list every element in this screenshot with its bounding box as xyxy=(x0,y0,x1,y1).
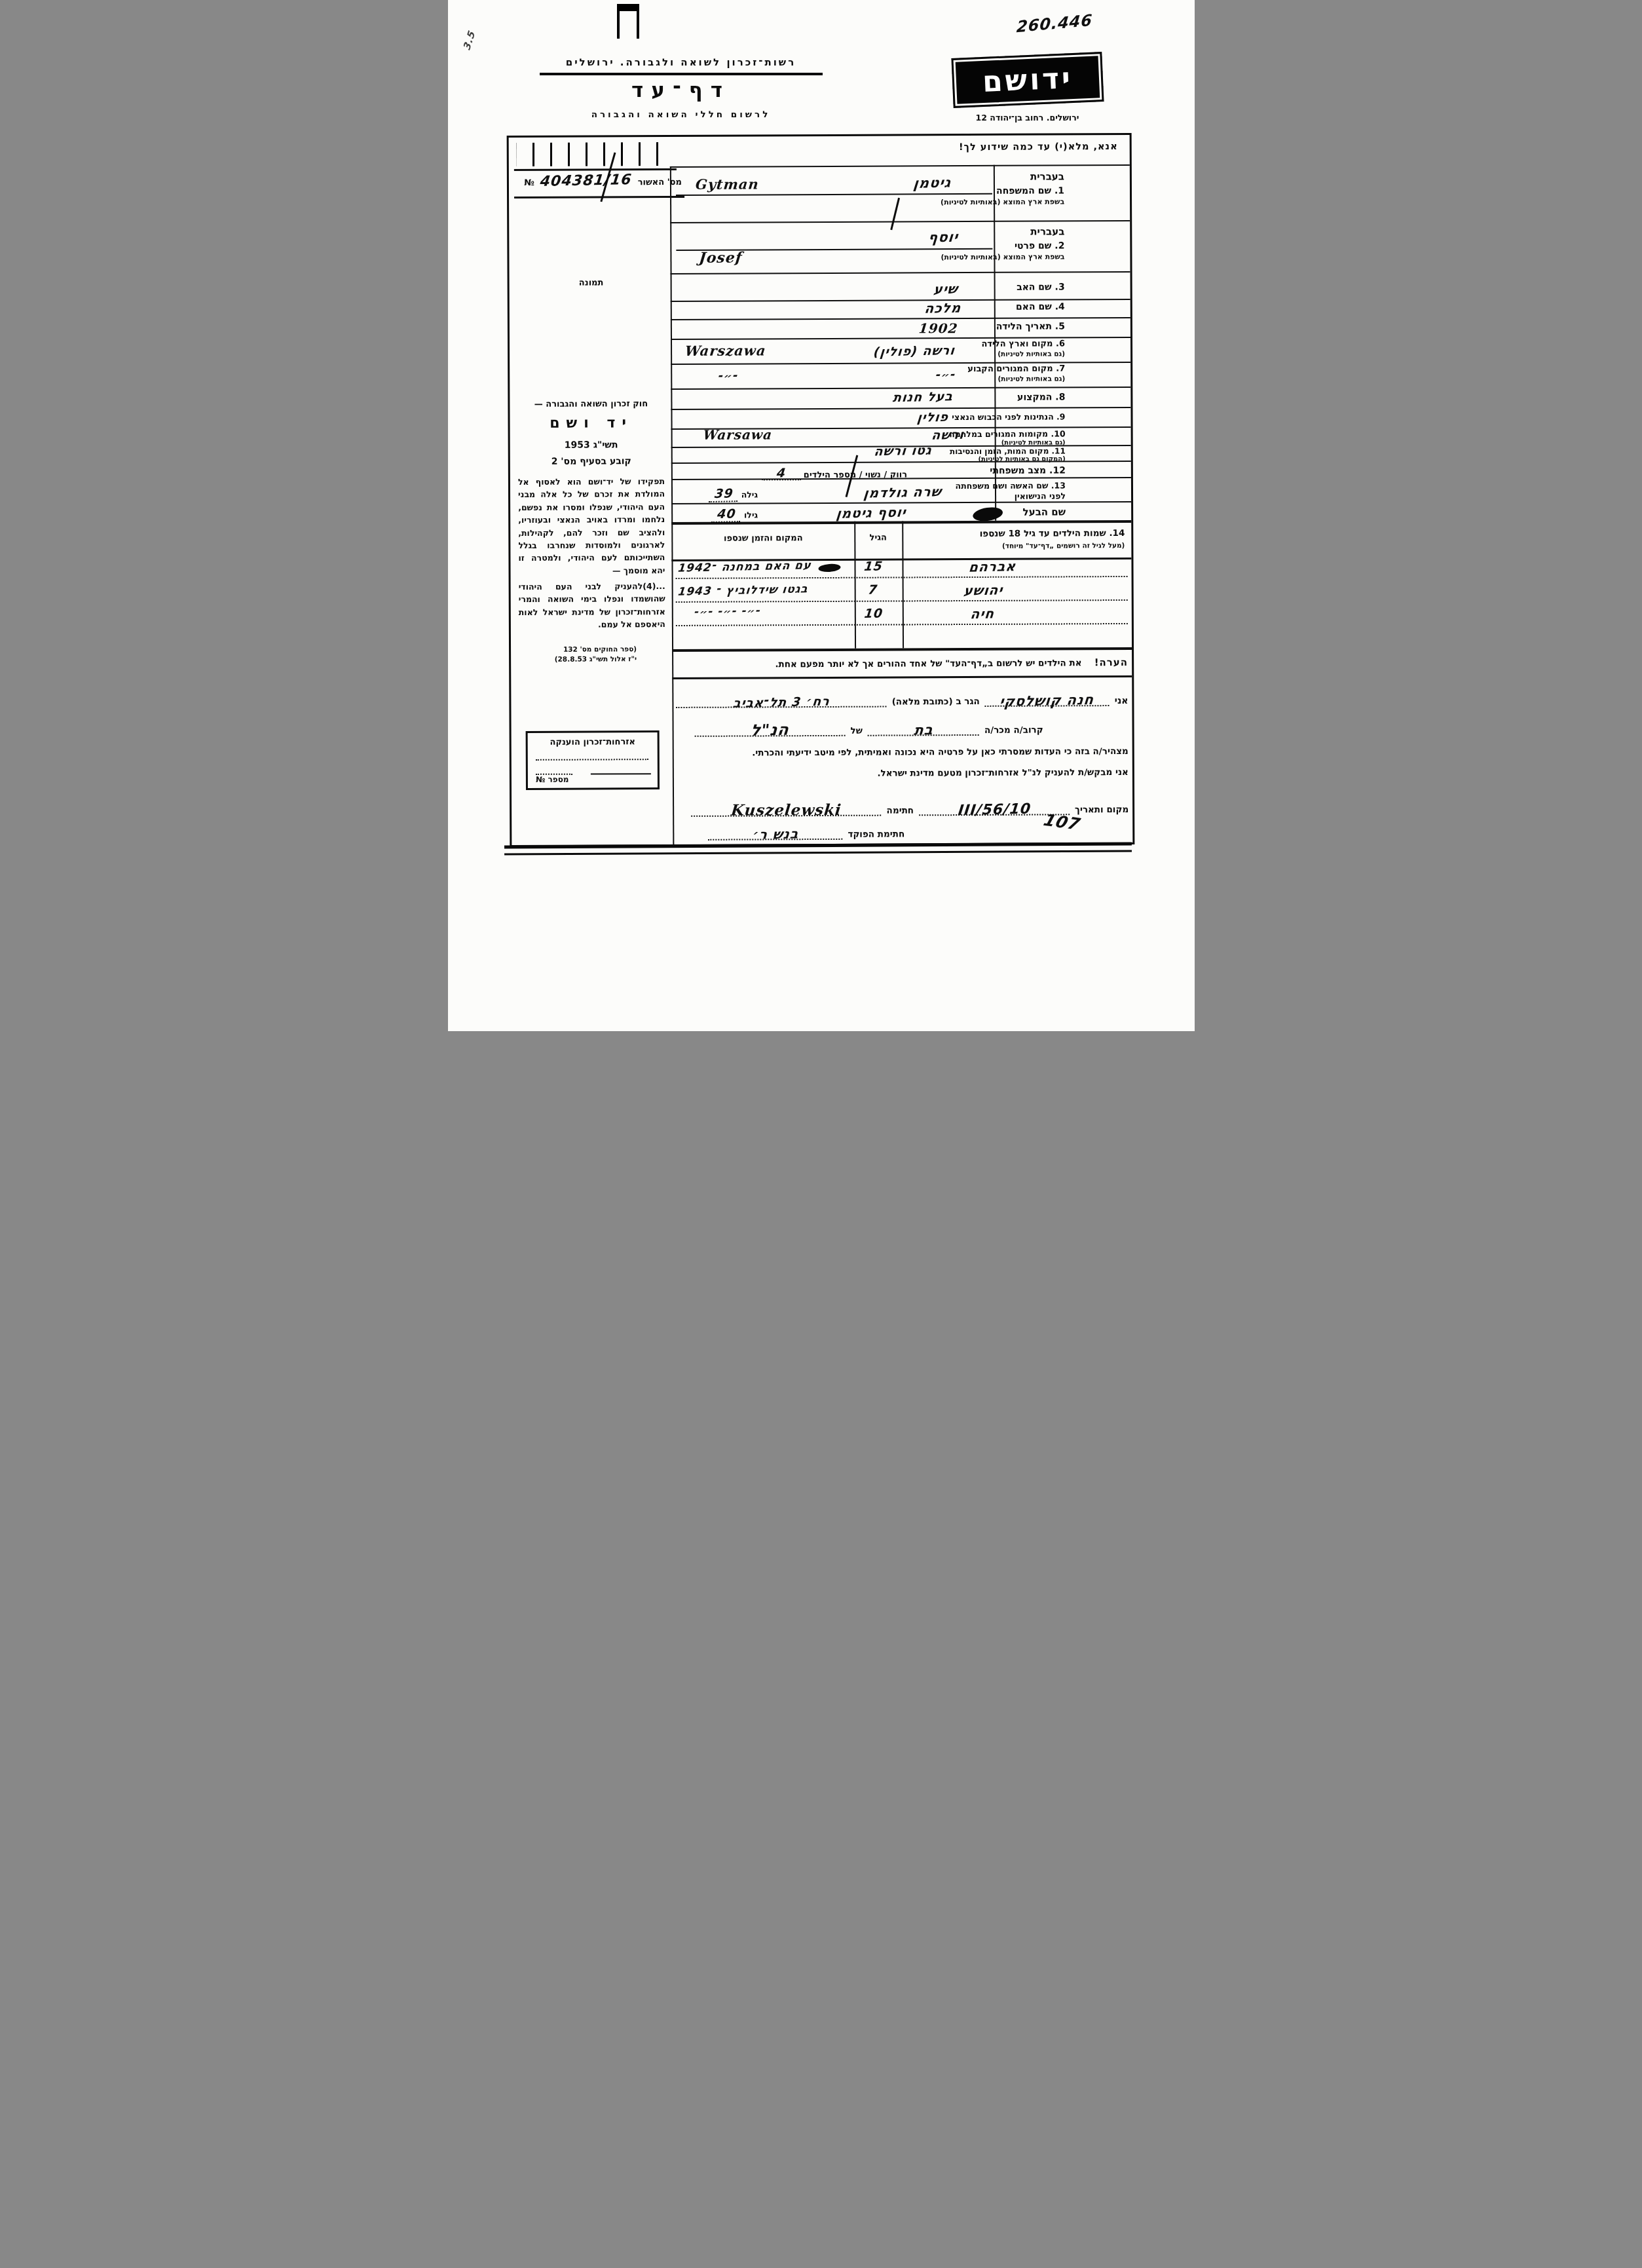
marital-status-row: רווק / נשוי / מספר הילדים 4 xyxy=(677,464,991,481)
field7-ditto-right: ־״־ xyxy=(934,370,956,385)
child2-place: בגטו שידלוביץ ־ 1943 xyxy=(677,582,809,598)
wife-age-value: 39 xyxy=(708,486,739,502)
declaration-statement: מצהיר/ה בזה כי העדות שמסרתי כאן על פרטיה… xyxy=(676,746,1128,759)
stray-slash-mark xyxy=(890,198,900,230)
authority-name: רשות־זכרון לשואה ולגבורה. ירושלים xyxy=(540,56,823,75)
field2-answer-hebrew: יוסף xyxy=(927,229,959,246)
children-header-names: 14. שמות הילדים עד גיל 18 שנספו xyxy=(907,528,1125,539)
yad-vashem-logo-text: ידושם xyxy=(981,62,1073,99)
children-header-place: המקום והזמן שנספו xyxy=(677,533,849,544)
clerk-signature-handwritten: בנש ר׳ xyxy=(752,830,799,839)
field5-answer: 1902 xyxy=(918,320,958,336)
field4-answer: מלכה xyxy=(924,300,962,316)
declarant-identity-line: אני חנה קושלסקי הגר ב (כתובת מלאה) רח׳ 3… xyxy=(676,684,1128,708)
field6-answer-latin: Warszawa xyxy=(684,342,766,359)
relation-line: קרוב/ה מכר/ה בת של הנ"ל xyxy=(676,713,1043,737)
place-date-label: מקום ותאריך xyxy=(1075,804,1129,815)
field3-answer: שיע xyxy=(933,281,959,297)
field1-sub-label: בשפת ארץ המוצא (באותיות לטיניות) xyxy=(931,198,1064,207)
corner-pencil-note: 3.5 xyxy=(461,28,477,52)
child1-name: אברהם xyxy=(968,558,1017,575)
field9-answer: פולין xyxy=(916,410,949,425)
field11-sub-label: (המקום גם באותיות לטיניות) xyxy=(931,455,1065,463)
child2-name: יהושע xyxy=(963,582,1004,598)
stamp-title: אזרחות־זכרון הוענקה xyxy=(527,737,657,747)
clerk-signature-line: חתימת הפוקד בנש ר׳ xyxy=(708,818,905,840)
clerk-signature-label: חתימת הפוקד xyxy=(848,829,905,839)
marital-status-options: רווק / נשוי / מספר הילדים xyxy=(803,470,906,480)
field13-label: 13. שם האשה ושם משפחתה xyxy=(931,481,1065,491)
declarant-residing-label: הגר ב (כתובת מלאה) xyxy=(891,696,979,708)
ticket-stub-ticks xyxy=(516,142,672,166)
husband-name-answer: יוסף גיטמן xyxy=(835,504,907,521)
field2-answer-latin: Josef xyxy=(698,250,743,267)
law-reference-line2: י"ז אלול תשי"ג 28.8.53) xyxy=(519,655,637,664)
field10-answer-latin: Warsawa xyxy=(702,426,773,442)
note-text: את הילדים יש לרשום ב„דף־העד" של אחד ההור… xyxy=(775,658,1081,670)
children-count-value: 4 xyxy=(775,466,787,480)
scanned-testimony-page: 3.5 260.446 רשות־זכרון לשואה ולגבורה. יר… xyxy=(448,0,1195,1031)
child3-name: חיה xyxy=(969,606,995,622)
field8-answer: בעל חנות xyxy=(891,389,953,405)
field1-answer-hebrew: גיטמן xyxy=(912,175,952,191)
wife-age-label: גילה xyxy=(741,489,757,499)
file-number-handwritten: 260.446 xyxy=(1015,11,1092,36)
child1-crossed-word xyxy=(818,563,841,573)
yad-vashem-logo: ידושם xyxy=(951,52,1104,108)
field7-ditto-left: ־״־ xyxy=(717,371,738,385)
form-subtitle: לרשום חללי השואה והגבורה xyxy=(540,109,823,120)
child3-age: 10 xyxy=(863,606,884,621)
law-intro: חוק זכרון השואה והגבורה — xyxy=(517,399,664,409)
wife-age-group: גילה 39 xyxy=(679,486,757,502)
field6-answer-hebrew: ורשה (פולין) xyxy=(872,343,956,360)
field13-sub-label: לפני הנישואין xyxy=(932,491,1066,501)
declarant-i-label: אני xyxy=(1114,696,1128,706)
husband-age-value: 40 xyxy=(711,506,742,523)
relation-of-label: של xyxy=(850,726,862,736)
law-reference-line1: (ספר החוקים מס' 132 xyxy=(519,645,637,654)
husband-age-label: גילו xyxy=(744,510,758,520)
field1-answer-latin: Gytman xyxy=(694,176,759,192)
memorial-citizenship-stamp-box: אזרחות־זכרון הוענקה מספר № xyxy=(525,730,659,790)
law-year: תשי"ג 1953 xyxy=(517,440,664,451)
husband-age-group: גילו 40 xyxy=(679,506,758,523)
approval-number-value: 404381/16 xyxy=(539,172,633,190)
form-title: דף־עד xyxy=(540,79,823,102)
law-text: תפקידו של יד־ושם הוא לאסוף אל המולדת את … xyxy=(517,475,665,577)
law-text-clause4: ‏...(4)להעניק לבני העם היהודי שהושמדו ונ… xyxy=(518,580,665,631)
relation-label: קרוב/ה מכר/ה xyxy=(984,725,1043,736)
relation-of-value-handwritten: הנ"ל xyxy=(750,725,789,736)
declarant-name-handwritten: חנה קושלסקי xyxy=(999,696,1094,706)
approval-number-label: מס' האשור xyxy=(637,178,681,187)
child3-place: ־״־ ־״־ ־״־ xyxy=(693,607,761,621)
child2-age: 7 xyxy=(867,582,878,597)
field2-sub-label: בשפת ארץ המוצא (באותיות לטיניות) xyxy=(931,253,1064,262)
logo-address: ירושלים. רחוב בן־יהודה 12 xyxy=(936,113,1119,123)
children-header-names-sub: (מעל לגיל זה רושמים „דף־עד" מיוחד) xyxy=(907,542,1125,550)
place-date-value-handwritten: 10/III/56 xyxy=(957,804,1031,815)
stamp-number-label: מספר № xyxy=(535,775,569,784)
child1-place: עם האם במחנה ־1942 xyxy=(677,559,812,575)
field11-answer: גטו ורשה xyxy=(873,443,933,459)
approval-number-row: מס' האשור 404381/16 № xyxy=(513,172,681,189)
law-section: קובע בסעיף מס' 2 xyxy=(517,456,664,467)
declarant-address-handwritten: רח׳ 3 תל־אביב xyxy=(732,698,830,708)
relation-value-handwritten: בת xyxy=(913,726,933,734)
field10-answer-hebrew: ורשה xyxy=(931,428,965,443)
photo-placeholder-label: תמונה xyxy=(515,278,666,288)
note-title: הערה! xyxy=(1094,656,1128,668)
scan-artifact-icon xyxy=(617,4,639,39)
law-name: יד ושם xyxy=(517,415,664,432)
declaration-request: אני מבקש/ת להעניק לנ"ל אזרחות־זכרון מטעם… xyxy=(676,767,1128,780)
signature-label: חתימה xyxy=(886,805,914,816)
witness-signature-handwritten: Kuszelewski xyxy=(730,806,842,816)
form-outer-box: אנא, מלא(י) עד כמה שידוע לך! מס' האשור 4… xyxy=(506,133,1134,847)
child1-age: 15 xyxy=(863,559,884,574)
fill-in-instruction: אנא, מלא(י) עד כמה שידוע לך! xyxy=(849,142,1117,153)
bottom-page-number: 107 xyxy=(1041,810,1083,833)
note-row: הערה! את הילדים יש לרשום ב„דף־העד" של אח… xyxy=(676,656,1128,670)
numero-symbol: № xyxy=(524,178,534,188)
field9-label: 9. הנתינות לפני הכבוש הנאצי xyxy=(931,412,1065,422)
wife-name-answer: שרה גולדמן xyxy=(863,483,942,501)
children-header-age: הגיל xyxy=(854,533,902,542)
